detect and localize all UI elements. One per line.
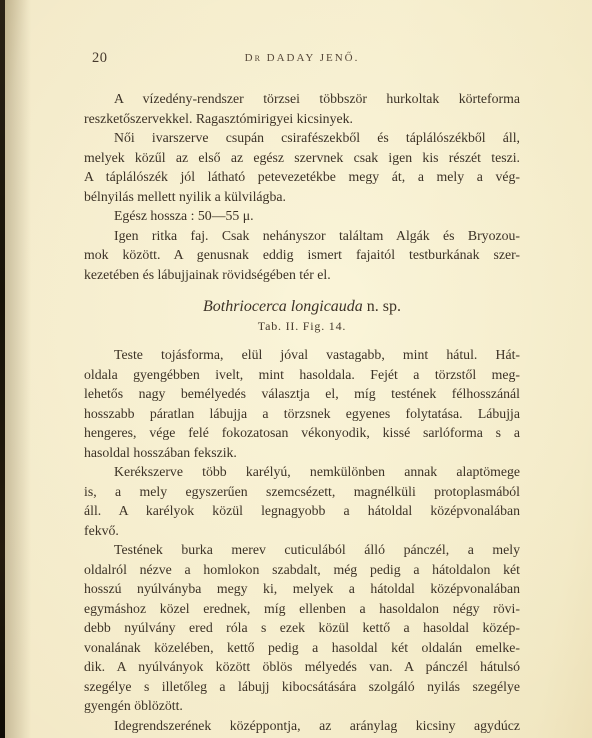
- species-suffix: n. sp.: [363, 298, 401, 315]
- text-line: hosszabb páratlan lábujja a törzsnek egy…: [84, 404, 520, 424]
- text-line: hengeres, vége felé fokozatosan vékonyod…: [84, 423, 520, 443]
- text-line: bélnyilás mellett nyilik a külvilágba.: [84, 187, 520, 207]
- paragraph: Egész hossza : 50—55 μ.: [84, 206, 520, 226]
- text-line: A vízedény-rendszer törzsei többször hur…: [84, 89, 520, 109]
- paragraph: Kerékszerve több karélyú, nemkülönben an…: [84, 462, 520, 540]
- running-head: Dr DADAY JENŐ.: [84, 52, 520, 64]
- text-line: oldalról nézve a homlokon szabdalt, még …: [84, 560, 520, 580]
- paragraph: Női ivarszerve csupán csirafészekből és …: [84, 128, 520, 206]
- species-name: Bothriocerca longicauda: [203, 298, 363, 315]
- figure-reference: Tab. II. Fig. 14.: [84, 319, 520, 334]
- text-line: szegélye s illetőleg a lábujj kibocsátás…: [84, 677, 520, 697]
- paragraph: Teste tojásforma, elül jóval vastagabb, …: [84, 345, 520, 462]
- text-line: mok között. A genusnak eddig ismert faja…: [84, 245, 520, 265]
- text-line: A táplálószék jól látható petevezetékbe …: [84, 167, 520, 187]
- paragraph: Idegrendszerének középpontja, az arányla…: [84, 716, 520, 736]
- text-line: áll. A karélyok közül legnagyobb a hátol…: [84, 501, 520, 521]
- paragraph: Testének burka merev cuticulából álló pá…: [84, 540, 520, 716]
- text-line: Női ivarszerve csupán csirafészekből és …: [84, 128, 520, 148]
- text-line: lehetős nagy bemélyedés választja el, mí…: [84, 384, 520, 404]
- text-line: Teste tojásforma, elül jóval vastagabb, …: [84, 345, 520, 365]
- text-line: debb nyúlvány ered róla s ezek közül ket…: [84, 618, 520, 638]
- text-line: Igen ritka faj. Csak nehányszor találtam…: [84, 226, 520, 246]
- text-line: reszketőszervekkel. Ragasztómirigyei kic…: [84, 109, 520, 129]
- text-line: vonalának közelében, kettő pedig a hasol…: [84, 638, 520, 658]
- book-page: 20 Dr DADAY JENŐ. A vízedény-rendszer tö…: [0, 0, 592, 738]
- text-line: gyengén öblözött.: [84, 696, 520, 716]
- text-line: dik. A nyúlványok között öblös mélyedés …: [84, 657, 520, 677]
- text-line: Idegrendszerének középpontja, az arányla…: [84, 716, 520, 736]
- paragraph: Igen ritka faj. Csak nehányszor találtam…: [84, 226, 520, 285]
- text-line: kezetében és lábujjainak rövidségében té…: [84, 265, 520, 285]
- text-line: hosszú nyúlványba megy ki, melyek a háto…: [84, 579, 520, 599]
- species-heading: Bothriocerca longicauda n. sp.: [84, 298, 520, 316]
- text-line: Kerékszerve több karélyú, nemkülönben an…: [84, 462, 520, 482]
- text-line: Testének burka merev cuticulából álló pá…: [84, 540, 520, 560]
- paragraph: A vízedény-rendszer törzsei többször hur…: [84, 89, 520, 128]
- text-line: hasoldal hosszában fekszik.: [84, 443, 520, 463]
- page-header: 20 Dr DADAY JENŐ.: [84, 50, 520, 70]
- text-line: oldala gyengébben ivelt, mint hasoldala.…: [84, 365, 520, 385]
- binding-shadow: [5, 0, 31, 738]
- page-body-text: A vízedény-rendszer törzsei többször hur…: [84, 89, 520, 735]
- measurement-line: Egész hossza : 50—55 μ.: [84, 206, 520, 226]
- text-line: melyek közűl az első az egész szervnek c…: [84, 148, 520, 168]
- text-line: fekvő.: [84, 521, 520, 541]
- text-line: is, a mely egyszerűen szemcsézett, magné…: [84, 482, 520, 502]
- text-line: egymáshoz közel erednek, míg ellenben a …: [84, 599, 520, 619]
